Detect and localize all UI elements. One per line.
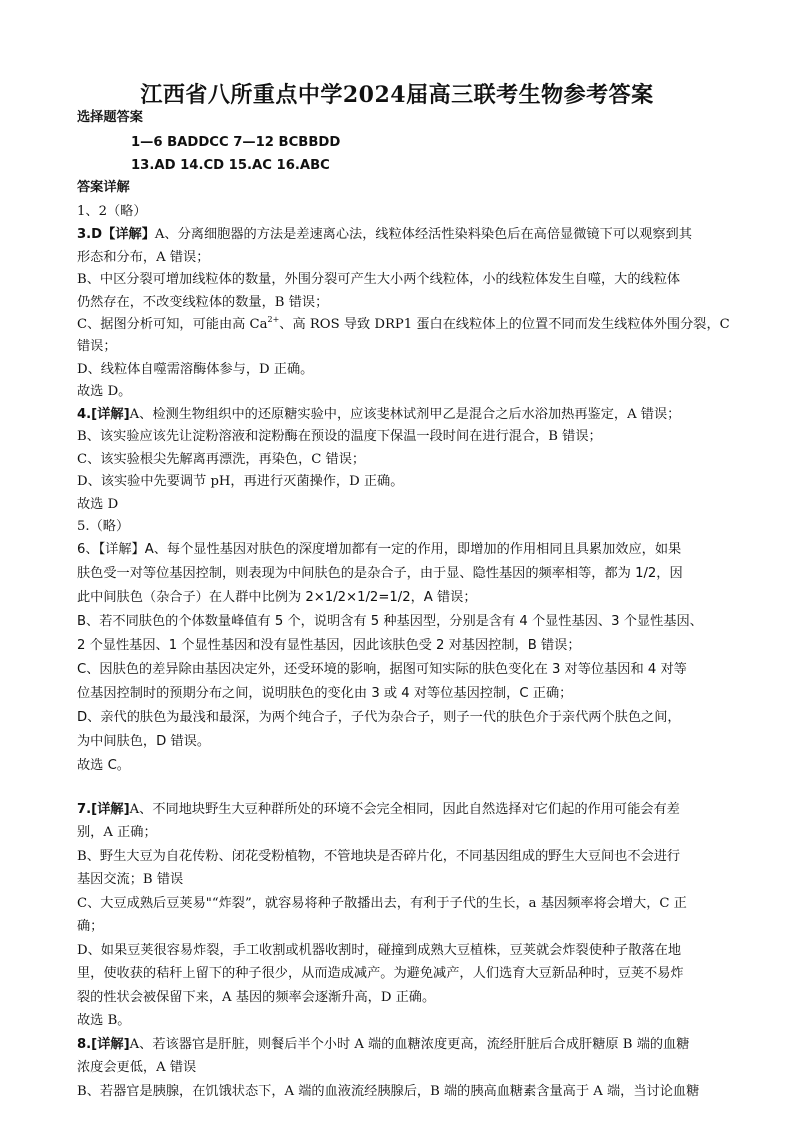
answer-line: 肤色受一对等位基因控制，则表现为中间肤色的是杂合子，由于显、隐性基因的频率相等，…	[77, 566, 727, 582]
answer-line: 浓度会更低，A 错误	[77, 1060, 727, 1076]
answer-line: D、该实验中先要调节 pH，再进行灭菌操作，D 正确。	[77, 474, 727, 490]
answer-line: 此中间肤色（杂合子）在人群中比例为 2×1/2×1/2=1/2，A 错误；	[77, 590, 727, 606]
answer-line: 位基因控制时的预期分布之间，说明肤色的变化由 3 或 4 对等位基因控制，C 正…	[77, 686, 727, 702]
answer-line: 裂的性状会被保留下来，A 基因的频率会逐渐升高，D 正确。	[77, 990, 727, 1006]
document-page: 江西省八所重点中学2024届高三联考生物参考答案 选择题答案 1—6 BADDC…	[0, 0, 794, 1123]
answer-line: 3.D【详解】A、分离细胞器的方法是差速离心法，线粒体经活性染料染色后在高倍显微…	[77, 227, 727, 243]
answer-line: B、中区分裂可增加线粒体的数量，外围分裂可产生大小两个线粒体，小的线粒体发生自噬…	[77, 272, 727, 288]
answer-line: C、大豆成熟后豆荚易"“炸裂”，就容易将种子散播出去，有利于子代的生长，a 基因…	[77, 896, 727, 912]
answer-line: 故选 D	[77, 497, 727, 513]
answer-line: 为中间肤色，D 错误。	[77, 734, 727, 750]
answer-line: 7.[详解]A、不同地块野生大豆种群所处的环境不会完全相同，因此自然选择对它们起…	[77, 802, 727, 818]
answer-line: C、该实验根尖先解离再漂洗，再染色，C 错误；	[77, 452, 727, 468]
answer-line: 6、【详解】A、每个显性基因对肤色的深度增加都有一定的作用，即增加的作用相同且具…	[77, 542, 727, 558]
answer-line: B、该实验应该先让淀粉溶液和淀粉酶在预设的温度下保温一段时间在进行混合，B 错误…	[77, 429, 727, 445]
answer-line: C、因肤色的差异除由基因决定外，还受环境的影响，据图可知实际的肤色变化在 3 对…	[77, 662, 727, 678]
answer-line: B、若不同肤色的个体数量峰值有 5 个，说明含有 5 种基因型，分别是含有 4 …	[77, 614, 727, 630]
answer-line: 错误；	[77, 339, 727, 355]
answer-line: 形态和分布，A 错误；	[77, 250, 727, 266]
answer-line: 1、2（略）	[77, 204, 727, 220]
answer-line: C、据图分析可知，可能由高 Ca2+、高 ROS 导致 DRP1 蛋白在线粒体上…	[77, 317, 727, 333]
answer-line: D、如果豆荚很容易炸裂，手工收割或机器收割时，碰撞到成熟大豆植株，豆荚就会炸裂使…	[77, 943, 727, 959]
choice-answers-row-1: 1—6 BADDCC 7—12 BCBBDD	[131, 135, 781, 151]
question-label: 8.[详解]	[77, 1037, 130, 1052]
answer-line: 故选 B。	[77, 1013, 727, 1029]
answer-line: D、线粒体自噬需溶酶体参与，D 正确。	[77, 362, 727, 378]
answer-line: B、野生大豆为自花传粉、闭花受粉植物，不管地块是否碎片化，不同基因组成的野生大豆…	[77, 849, 727, 865]
document-title: 江西省八所重点中学2024届高三联考生物参考答案	[0, 78, 794, 109]
answer-line: 2 个显性基因、1 个显性基因和没有显性基因，因此该肤色受 2 对基因控制，B …	[77, 638, 727, 654]
answer-line: 故选 C。	[77, 758, 727, 774]
answer-line: 4.[详解]A、检测生物组织中的还原糖实验中，应该斐林试剂甲乙是混合之后水浴加热…	[77, 407, 727, 423]
answer-line: 确；	[77, 919, 727, 935]
answer-line: 5.（略）	[77, 519, 727, 535]
answer-line: 故选 D。	[77, 384, 727, 400]
answer-line: 别，A 正确；	[77, 825, 727, 841]
answer-line: 8.[详解]A、若该器官是肝脏，则餐后半个小时 A 端的血糖浓度更高，流经肝脏后…	[77, 1037, 727, 1053]
answer-line: B、若器官是胰腺，在饥饿状态下，A 端的血液流经胰腺后，B 端的胰高血糖素含量高…	[77, 1084, 727, 1100]
answer-line: 里，使收获的秸秆上留下的种子很少，从而造成减产。为避免减产，人们选育大豆新品种时…	[77, 966, 727, 982]
question-label: 4.[详解]	[77, 407, 130, 422]
question-label: 7.[详解]	[77, 802, 130, 817]
question-label: 3.D【详解】	[77, 227, 155, 242]
choice-answers-heading: 选择题答案	[77, 110, 727, 126]
choice-answers-row-2: 13.AD 14.CD 15.AC 16.ABC	[131, 158, 781, 174]
answer-line: D、亲代的肤色为最浅和最深，为两个纯合子，子代为杂合子，则子一代的肤色介于亲代两…	[77, 710, 727, 726]
answer-line: 基因交流；B 错误	[77, 872, 727, 888]
answer-details-heading: 答案详解	[77, 180, 727, 196]
answer-line: 仍然存在，不改变线粒体的数量，B 错误；	[77, 295, 727, 311]
